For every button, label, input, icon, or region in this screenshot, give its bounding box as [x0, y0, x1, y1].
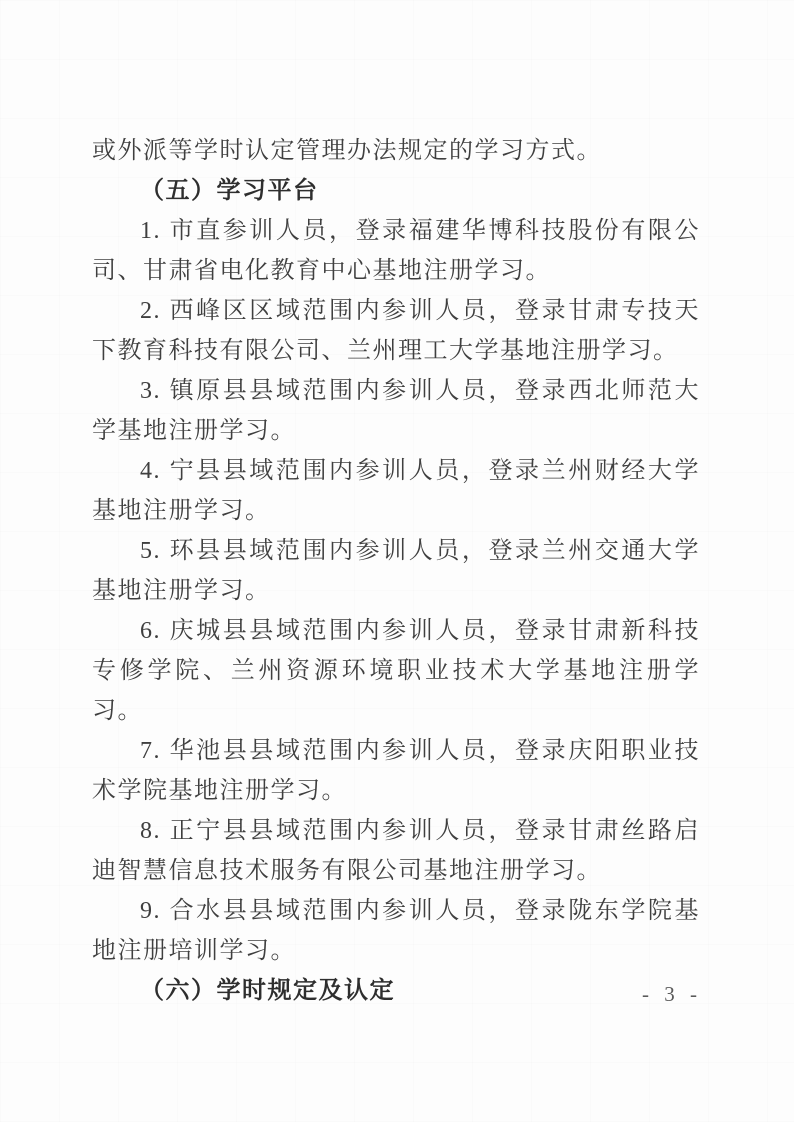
paragraph: 1. 市直参训人员，登录福建华博科技股份有限公司、甘肃省电化教育中心基地注册学习…	[92, 211, 700, 291]
document-page: 或外派等学时认定管理办法规定的学习方式。（五）学习平台1. 市直参训人员，登录福…	[0, 0, 794, 1122]
paragraph: 4. 宁县县域范围内参训人员，登录兰州财经大学基地注册学习。	[92, 451, 700, 531]
section-heading: （六）学时规定及认定	[92, 971, 700, 1011]
paragraph: 或外派等学时认定管理办法规定的学习方式。	[92, 131, 700, 171]
paragraph: 6. 庆城县县域范围内参训人员，登录甘肃新科技专修学院、兰州资源环境职业技术大学…	[92, 611, 700, 731]
section-heading: （五）学习平台	[92, 171, 700, 211]
paragraph: 3. 镇原县县域范围内参训人员，登录西北师范大学基地注册学习。	[92, 371, 700, 451]
paragraph: 2. 西峰区区域范围内参训人员，登录甘肃专技天下教育科技有限公司、兰州理工大学基…	[92, 291, 700, 371]
paragraph: 5. 环县县域范围内参训人员，登录兰州交通大学基地注册学习。	[92, 531, 700, 611]
page-number: - 3 -	[642, 982, 702, 1007]
document-body: 或外派等学时认定管理办法规定的学习方式。（五）学习平台1. 市直参训人员，登录福…	[92, 131, 700, 1011]
paragraph: 7. 华池县县域范围内参训人员，登录庆阳职业技术学院基地注册学习。	[92, 731, 700, 811]
paragraph: 8. 正宁县县域范围内参训人员，登录甘肃丝路启迪智慧信息技术服务有限公司基地注册…	[92, 811, 700, 891]
paragraph: 9. 合水县县域范围内参训人员，登录陇东学院基地注册培训学习。	[92, 891, 700, 971]
